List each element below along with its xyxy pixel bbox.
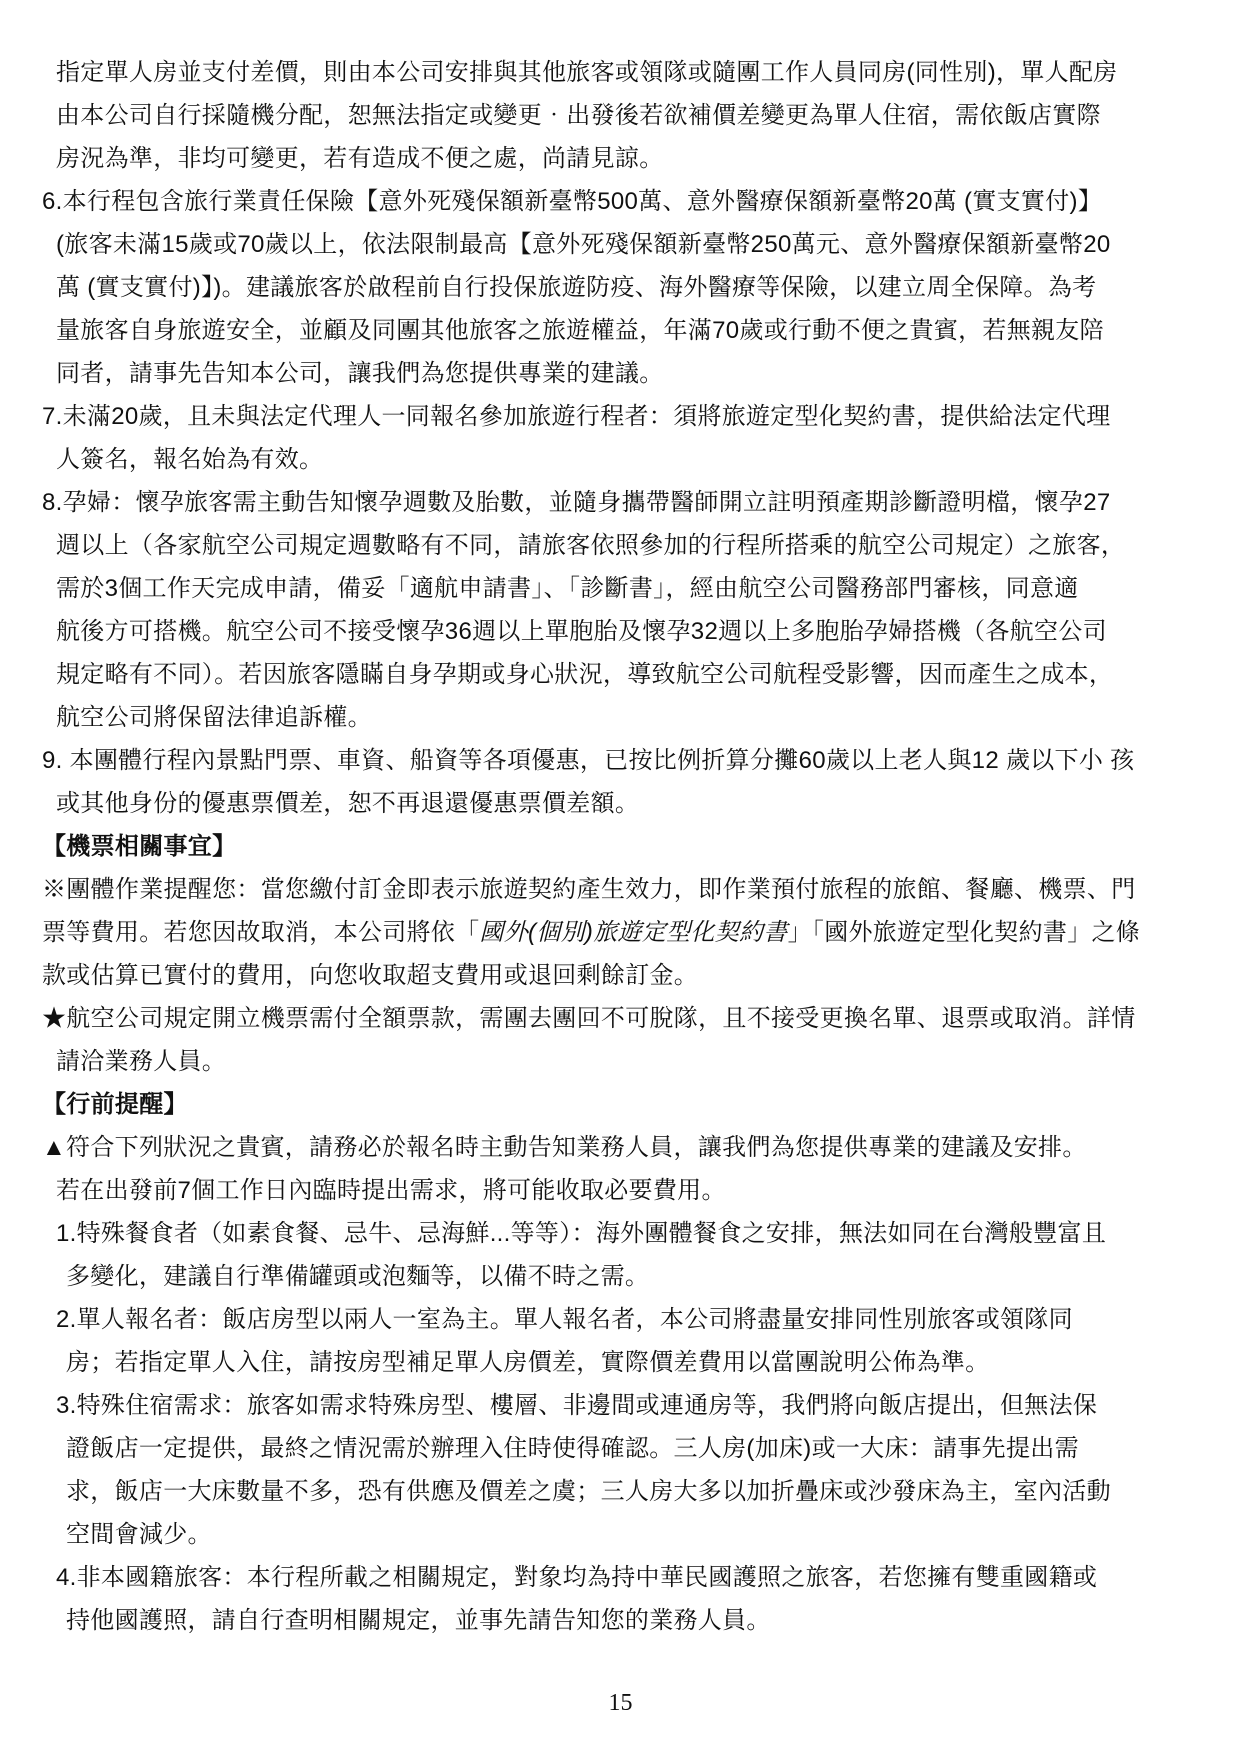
text-line: 萬 (實支實付)】)。建議旅客於啟程前自行投保旅遊防疫、海外醫療等保險，以建立周… <box>42 266 1203 309</box>
text-line: 同者，請事先告知本公司，讓我們為您提供專業的建議。 <box>42 352 1203 395</box>
text-line: 由本公司自行採隨機分配，恕無法指定或變更‧出發後若欲補價差變更為單人住宿，需依飯… <box>42 94 1203 137</box>
text-line: 【機票相關事宜】 <box>42 825 1203 868</box>
text-line: 3.特殊住宿需求：旅客如需求特殊房型、樓層、非邊間或連通房等，我們將向飯店提出，… <box>42 1384 1203 1427</box>
text-line: 1.特殊餐食者（如素食餐、忌牛、忌海鮮...等等）：海外團體餐食之安排，無法如同… <box>42 1212 1203 1255</box>
text-line: 9. 本團體行程內景點門票、車資、船資等各項優惠，已按比例折算分攤60歲以上老人… <box>42 739 1203 782</box>
text-line: 求，飯店一大床數量不多，恐有供應及價差之虞；三人房大多以加折疊床或沙發床為主，室… <box>42 1470 1203 1513</box>
text-line: 空間會減少。 <box>42 1513 1203 1556</box>
text-line: 或其他身份的優惠票價差，恕不再退還優惠票價差額。 <box>42 782 1203 825</box>
text-line: 多變化，建議自行準備罐頭或泡麵等，以備不時之需。 <box>42 1255 1203 1298</box>
document-page: 指定單人房並支付差價，則由本公司安排與其他旅客或領隊或隨團工作人員同房(同性別)… <box>0 0 1241 1755</box>
text-line: 票等費用。若您因故取消，本公司將依「國外(個別)旅遊定型化契約書」「國外旅遊定型… <box>42 911 1203 954</box>
text-line: 4.非本國籍旅客：本行程所載之相關規定，對象均為持中華民國護照之旅客，若您擁有雙… <box>42 1556 1203 1599</box>
text-line: 週以上（各家航空公司規定週數略有不同，請旅客依照參加的行程所搭乘的航空公司規定）… <box>42 524 1203 567</box>
text-line: 【行前提醒】 <box>42 1083 1203 1126</box>
text-line: 款或估算已實付的費用，向您收取超支費用或退回剩餘訂金。 <box>42 954 1203 997</box>
text-line: 6.本行程包含旅行業責任保險【意外死殘保額新臺幣500萬、意外醫療保額新臺幣20… <box>42 180 1203 223</box>
document-lines: 指定單人房並支付差價，則由本公司安排與其他旅客或領隊或隨團工作人員同房(同性別)… <box>42 51 1203 1642</box>
text-line: 航後方可搭機。航空公司不接受懷孕36週以上單胞胎及懷孕32週以上多胞胎孕婦搭機（… <box>42 610 1203 653</box>
text-line: ★航空公司規定開立機票需付全額票款，需團去團回不可脫隊，且不接受更換名單、退票或… <box>42 997 1203 1040</box>
text-line: 人簽名，報名始為有效。 <box>42 438 1203 481</box>
text-line: 持他國護照，請自行查明相關規定，並事先請告知您的業務人員。 <box>42 1599 1203 1642</box>
text-line: 指定單人房並支付差價，則由本公司安排與其他旅客或領隊或隨團工作人員同房(同性別)… <box>42 51 1203 94</box>
text-line: 需於3個工作天完成申請，備妥「適航申請書」、「診斷書」，經由航空公司醫務部門審核… <box>42 567 1203 610</box>
text-line: 7.未滿20歲，且未與法定代理人一同報名參加旅遊行程者：須將旅遊定型化契約書，提… <box>42 395 1203 438</box>
text-line: 2.單人報名者：飯店房型以兩人一室為主。單人報名者，本公司將盡量安排同性別旅客或… <box>42 1298 1203 1341</box>
text-line: 證飯店一定提供，最終之情況需於辦理入住時使得確認。三人房(加床)或一大床：請事先… <box>42 1427 1203 1470</box>
text-line: 量旅客自身旅遊安全，並顧及同團其他旅客之旅遊權益，年滿70歲或行動不便之貴賓，若… <box>42 309 1203 352</box>
text-line: ▲符合下列狀況之貴賓，請務必於報名時主動告知業務人員，讓我們為您提供專業的建議及… <box>42 1126 1203 1169</box>
text-line: 8.孕婦：懷孕旅客需主動告知懷孕週數及胎數，並隨身攜帶醫師開立註明預產期診斷證明… <box>42 481 1203 524</box>
text-line: 規定略有不同）。若因旅客隱瞞自身孕期或身心狀況，導致航空公司航程受影響，因而產生… <box>42 653 1203 696</box>
text-line: ※團體作業提醒您：當您繳付訂金即表示旅遊契約產生效力，即作業預付旅程的旅館、餐廳… <box>42 868 1203 911</box>
text-line: 航空公司將保留法律追訴權。 <box>42 696 1203 739</box>
text-line: (旅客未滿15歲或70歲以上，依法限制最高【意外死殘保額新臺幣250萬元、意外醫… <box>42 223 1203 266</box>
text-line: 請洽業務人員。 <box>42 1040 1203 1083</box>
text-line: 房況為準，非均可變更，若有造成不便之處，尚請見諒。 <box>42 137 1203 180</box>
text-line: 若在出發前7個工作日內臨時提出需求，將可能收取必要費用。 <box>42 1169 1203 1212</box>
page-number: 15 <box>0 1686 1241 1720</box>
text-line: 房；若指定單人入住，請按房型補足單人房價差，實際價差費用以當團說明公佈為準。 <box>42 1341 1203 1384</box>
